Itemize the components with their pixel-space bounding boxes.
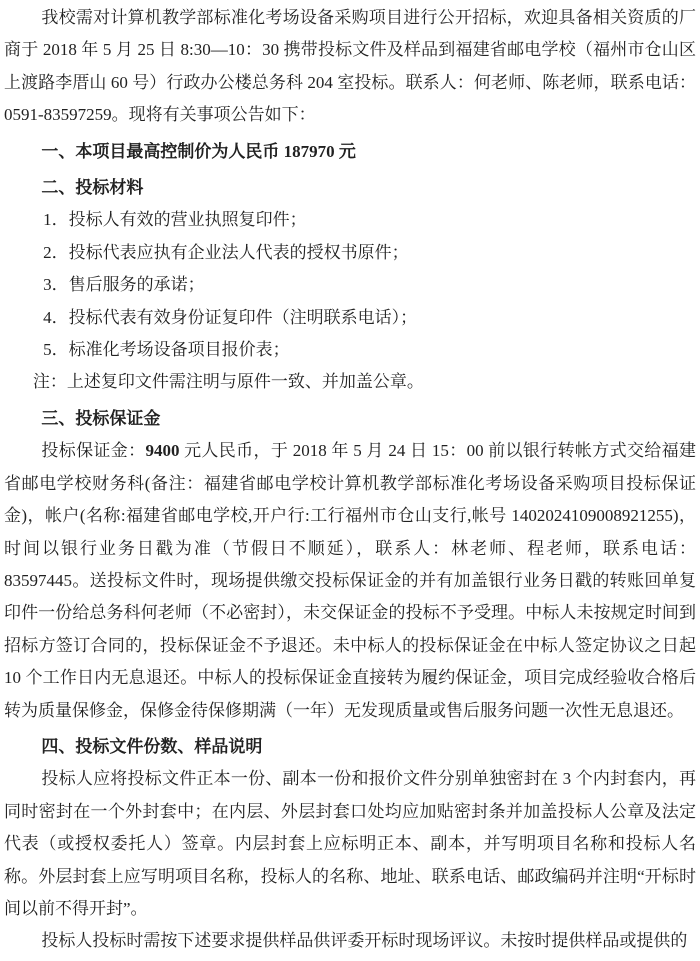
deposit-paragraph: 投标保证金：9400 元人民币，于 2018 年 5 月 24 日 15：00 … <box>4 435 696 727</box>
bid-material-item-5: 5．标准化考场设备项目报价表； <box>4 334 696 366</box>
envelope-paragraph: 投标人应将投标文件正本一份、副本一份和报价文件分别单独密封在 3 个内封套内，再… <box>4 763 696 925</box>
sample-paragraph: 投标人投标时需按下述要求提供样品供评委开标时现场评议。未按时提供样品或提供的 <box>4 925 696 957</box>
intro-paragraph: 我校需对计算机教学部标准化考场设备采购项目进行公开招标，欢迎具备相关资质的厂商于… <box>4 2 696 132</box>
bid-material-item-4: 4．投标代表有效身份证复印件（注明联系电话）； <box>4 302 696 334</box>
section3-heading: 三、投标保证金 <box>4 403 696 435</box>
deposit-body: 元人民币，于 2018 年 5 月 24 日 15：00 前以银行转帐方式交给福… <box>4 441 696 719</box>
materials-note: 注：上述复印文件需注明与原件一致、并加盖公章。 <box>4 366 696 398</box>
deposit-amount: 9400 <box>145 441 179 460</box>
section1-heading: 一、本项目最高控制价为人民币 187970 元 <box>4 136 696 168</box>
deposit-label: 投标保证金： <box>41 441 145 460</box>
bid-material-item-3: 3．售后服务的承诺； <box>4 269 696 301</box>
bid-material-item-2: 2．投标代表应执有企业法人代表的授权书原件； <box>4 237 696 269</box>
document-page: 我校需对计算机教学部标准化考场设备采购项目进行公开招标，欢迎具备相关资质的厂商于… <box>0 0 700 961</box>
section2-heading: 二、投标材料 <box>4 172 696 204</box>
section4-heading: 四、投标文件份数、样品说明 <box>4 731 696 763</box>
bid-material-item-1: 1．投标人有效的营业执照复印件； <box>4 204 696 236</box>
